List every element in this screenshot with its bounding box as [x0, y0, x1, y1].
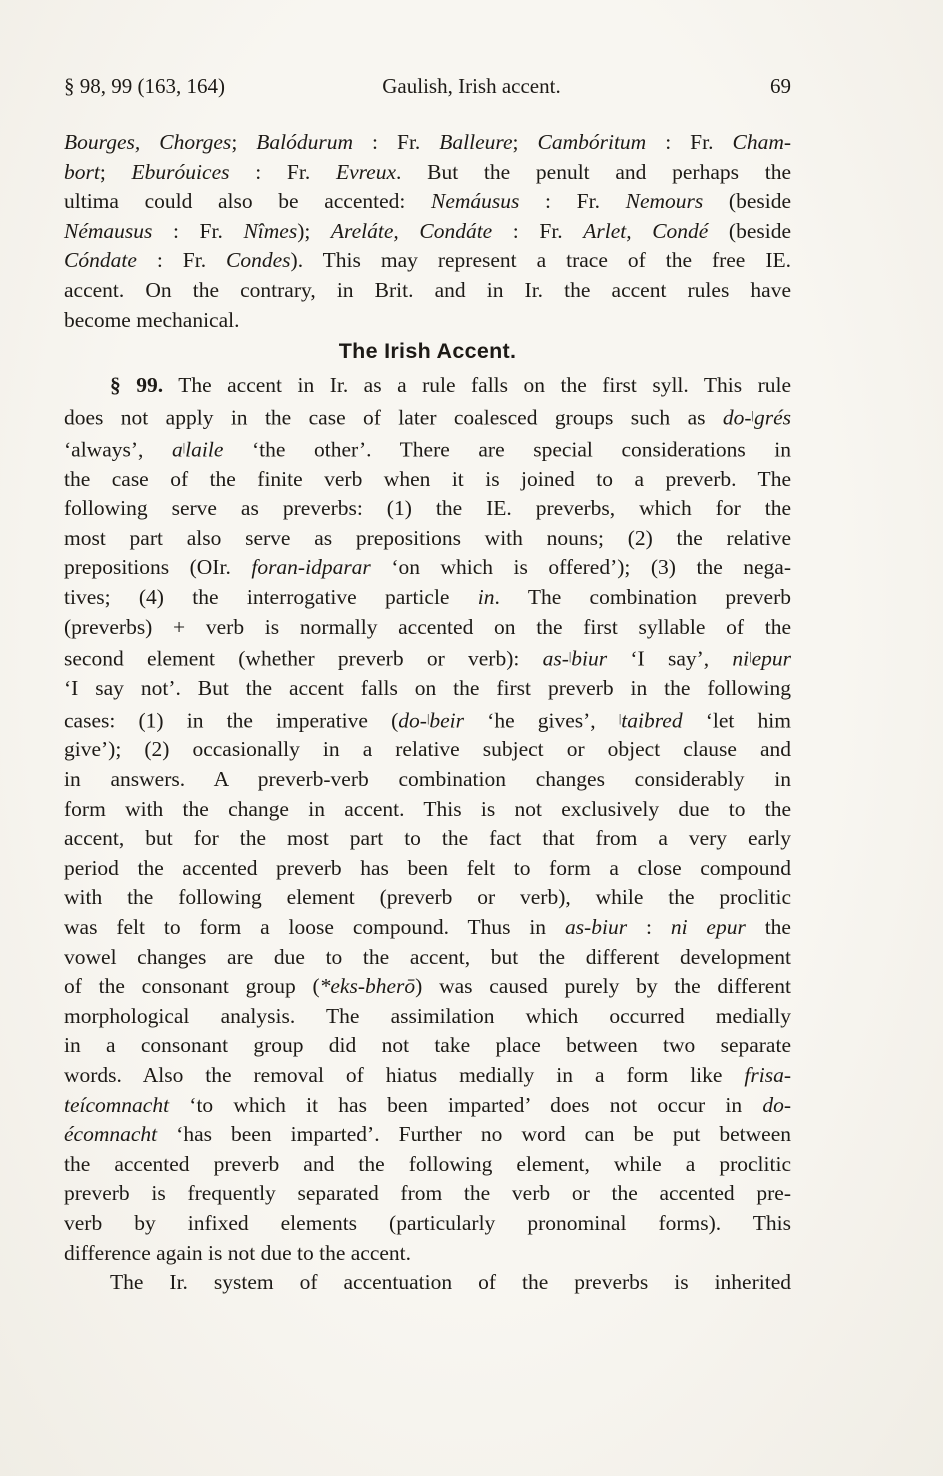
text-run: Nemáusus	[431, 189, 519, 213]
text-line: in a consonant group did not take place …	[64, 1031, 791, 1061]
text-line: words. Also the removal of hiatus medial…	[64, 1061, 791, 1091]
text-run: : Fr.	[646, 130, 732, 154]
text-run: was felt to form a loose compound. Thus …	[64, 915, 565, 939]
text-run: cases: (1) in the imperative (	[64, 708, 398, 732]
text-run: second element (whether preverb or verb)…	[64, 646, 543, 670]
text-run: ni epur	[671, 915, 746, 939]
text-run: Némausus	[64, 219, 152, 243]
text-run: ‘he gives’,	[464, 708, 619, 732]
text-run: a	[172, 437, 183, 461]
text-run: ‘let him	[683, 708, 791, 732]
text-run: Balleure	[439, 130, 512, 154]
text-run: ) was caused purely by the different	[415, 974, 791, 998]
text-run: : Fr.	[492, 219, 583, 243]
text-line: écomnacht ‘has been imparted’. Further n…	[64, 1120, 791, 1150]
text-line: bort; Eburóuices : Fr. Evreux. But the p…	[64, 158, 791, 188]
text-run: in	[478, 585, 495, 609]
text-run: (beside	[703, 189, 791, 213]
text-run: vowel changes are due to the accent, but…	[64, 945, 791, 969]
text-run: ‘the other’. There are special considera…	[223, 437, 791, 461]
text-run: form with the change in accent. This is …	[64, 797, 791, 821]
text-line: § 99. The accent in Ir. as a rule falls …	[64, 371, 791, 401]
text-line: teícomnacht ‘to which it has been impart…	[64, 1091, 791, 1121]
page-number: 69	[770, 74, 791, 98]
text-run: Bourges, Chorges	[64, 130, 231, 154]
text-run: Arlet, Condé	[583, 219, 708, 243]
text-run: Cambóritum	[538, 130, 647, 154]
text-line: does not apply in the case of later coal…	[64, 401, 791, 433]
text-run: Balódurum	[256, 130, 353, 154]
text-run: preverb is frequently separated from the…	[64, 1181, 791, 1205]
text-run: tives; (4) the interrogative particle	[64, 585, 478, 609]
text-run: (preverbs) + verb is normally accented o…	[64, 615, 791, 639]
text-run: Areláte, Condáte	[331, 219, 492, 243]
running-section-numbers: § 98, 99 (163, 164)	[64, 74, 225, 98]
text-line: following serve as preverbs: (1) the IE.…	[64, 494, 791, 524]
page-header: § 98, 99 (163, 164) Gaulish, Irish accen…	[64, 74, 791, 98]
text-run: The accent in Ir. as a rule falls on the…	[163, 373, 791, 397]
text-line: Bourges, Chorges; Balódurum : Fr. Balleu…	[64, 128, 791, 158]
text-run: ‘to which it has been imparted’ does not…	[169, 1093, 762, 1117]
text-line: ‘I say not’. But the accent falls on the…	[64, 674, 791, 704]
text-run: in answers. A preverb-verb combination c…	[64, 767, 791, 791]
text-run: beir	[429, 708, 464, 732]
text-line: cases: (1) in the imperative (do-|beir ‘…	[64, 704, 791, 736]
text-run: difference again is not due to the accen…	[64, 1241, 411, 1265]
text-line: ‘always’, a|laile ‘the other’. There are…	[64, 433, 791, 465]
paragraph: The Ir. system of accentuation of the pr…	[64, 1268, 791, 1298]
text-line: Cóndate : Fr. Condes). This may represen…	[64, 246, 791, 276]
text-run: : Fr.	[519, 189, 625, 213]
text-run: of the consonant group (	[64, 974, 320, 998]
text-line: become mechanical.	[64, 306, 791, 336]
text-run: . But the penult and perhaps the	[396, 160, 791, 184]
text-run: : Fr.	[353, 130, 439, 154]
text-run: words. Also the removal of hiatus medial…	[64, 1063, 744, 1087]
text-run: give’); (2) occasionally in a relative s…	[64, 737, 791, 761]
text-line: second element (whether preverb or verb)…	[64, 642, 791, 674]
text-run: Nîmes	[243, 219, 297, 243]
text-run: do-	[398, 708, 427, 732]
text-line: accent. On the contrary, in Brit. and in…	[64, 276, 791, 306]
text-run: laile	[185, 437, 223, 461]
text-run: prepositions (OIr.	[64, 555, 251, 579]
text-run: *eks-bherō	[320, 974, 416, 998]
text-run: § 99.	[110, 373, 163, 397]
text-run: );	[297, 219, 331, 243]
text-run: accent, but for the most part to the fac…	[64, 826, 791, 850]
text-run: taibred	[621, 708, 682, 732]
text-run: ‘has been imparted’. Further no word can…	[157, 1122, 791, 1146]
text-run: the	[746, 915, 791, 939]
text-run: . The combination preverb	[495, 585, 791, 609]
text-run: : Fr.	[137, 248, 226, 272]
text-run: ni	[732, 646, 749, 670]
text-run: ‘always’,	[64, 437, 172, 461]
text-line: Némausus : Fr. Nîmes); Areláte, Condáte …	[64, 217, 791, 247]
text-run: ‘I say’,	[607, 646, 732, 670]
page-text: Bourges, Chorges; Balódurum : Fr. Balleu…	[64, 128, 791, 1298]
text-run: ‘on which is offered’); (3) the nega-	[371, 555, 791, 579]
paragraph: § 99. The accent in Ir. as a rule falls …	[64, 371, 791, 1268]
text-run: :	[627, 915, 671, 939]
text-line: tives; (4) the interrogative particle in…	[64, 583, 791, 613]
text-run: ;	[100, 160, 132, 184]
text-line: most part also serve as prepositions wit…	[64, 524, 791, 554]
text-run: do-	[762, 1093, 791, 1117]
text-block: § 98, 99 (163, 164) Gaulish, Irish accen…	[64, 74, 791, 1298]
text-run: as-	[543, 646, 569, 670]
text-run: écomnacht	[64, 1122, 157, 1146]
text-run: in a consonant group did not take place …	[64, 1033, 791, 1057]
text-run: : Fr.	[229, 160, 335, 184]
text-run: ;	[513, 130, 538, 154]
text-line: of the consonant group (*eks-bherō) was …	[64, 972, 791, 1002]
text-run: Evreux	[336, 160, 396, 184]
text-run: morphological analysis. The assimilation…	[64, 1004, 791, 1028]
text-line: preverb is frequently separated from the…	[64, 1179, 791, 1209]
text-line: The Ir. system of accentuation of the pr…	[64, 1268, 791, 1298]
text-line: the accented preverb and the following e…	[64, 1150, 791, 1180]
text-run: Eburóuices	[132, 160, 230, 184]
text-run: frisa-	[744, 1063, 791, 1087]
text-run: ;	[231, 130, 256, 154]
text-run: The Ir. system of accentuation of the pr…	[110, 1270, 791, 1294]
text-run: grés	[754, 405, 791, 429]
text-run: the case of the finite verb when it is j…	[64, 467, 791, 491]
text-line: prepositions (OIr. foran-idparar ‘on whi…	[64, 553, 791, 583]
text-line: ultima could also be accented: Nemáusus …	[64, 187, 791, 217]
text-run: do-	[723, 405, 752, 429]
text-line: morphological analysis. The assimilation…	[64, 1002, 791, 1032]
section-heading: The Irish Accent.	[64, 336, 791, 366]
text-line: with the following element (preverb or v…	[64, 883, 791, 913]
text-run: does not apply in the case of later coal…	[64, 405, 723, 429]
text-line: was felt to form a loose compound. Thus …	[64, 913, 791, 943]
text-run: verb by infixed elements (particularly p…	[64, 1211, 791, 1235]
text-line: difference again is not due to the accen…	[64, 1239, 791, 1269]
text-run: as-biur	[565, 915, 627, 939]
book-page: § 98, 99 (163, 164) Gaulish, Irish accen…	[0, 0, 943, 1476]
text-run: following serve as preverbs: (1) the IE.…	[64, 496, 791, 520]
text-run: accent. On the contrary, in Brit. and in…	[64, 278, 791, 302]
text-run: epur	[752, 646, 791, 670]
text-line: give’); (2) occasionally in a relative s…	[64, 735, 791, 765]
text-line: period the accented preverb has been fel…	[64, 854, 791, 884]
text-line: accent, but for the most part to the fac…	[64, 824, 791, 854]
text-run: (beside	[708, 219, 791, 243]
text-run: foran-idparar	[251, 555, 370, 579]
text-run: most part also serve as prepositions wit…	[64, 526, 791, 550]
text-line: verb by infixed elements (particularly p…	[64, 1209, 791, 1239]
text-run: with the following element (preverb or v…	[64, 885, 791, 909]
text-run: teícomnacht	[64, 1093, 169, 1117]
text-run: period the accented preverb has been fel…	[64, 856, 791, 880]
text-line: (preverbs) + verb is normally accented o…	[64, 613, 791, 643]
text-line: the case of the finite verb when it is j…	[64, 465, 791, 495]
text-line: in answers. A preverb-verb combination c…	[64, 765, 791, 795]
text-run: : Fr.	[152, 219, 243, 243]
text-run: bort	[64, 160, 100, 184]
paragraph: Bourges, Chorges; Balódurum : Fr. Balleu…	[64, 128, 791, 335]
running-title: Gaulish, Irish accent.	[382, 74, 560, 98]
text-run: Cóndate	[64, 248, 137, 272]
text-line: vowel changes are due to the accent, but…	[64, 943, 791, 973]
text-line: form with the change in accent. This is …	[64, 795, 791, 825]
text-run: become mechanical.	[64, 308, 240, 332]
text-run: Cham-	[732, 130, 791, 154]
text-run: ). This may represent a trace of the fre…	[291, 248, 791, 272]
text-run: ‘I say not’. But the accent falls on the…	[64, 676, 791, 700]
text-run: the accented preverb and the following e…	[64, 1152, 791, 1176]
text-run: Nemours	[626, 189, 704, 213]
text-run: ultima could also be accented:	[64, 189, 431, 213]
text-run: Condes	[226, 248, 291, 272]
text-run: biur	[571, 646, 607, 670]
